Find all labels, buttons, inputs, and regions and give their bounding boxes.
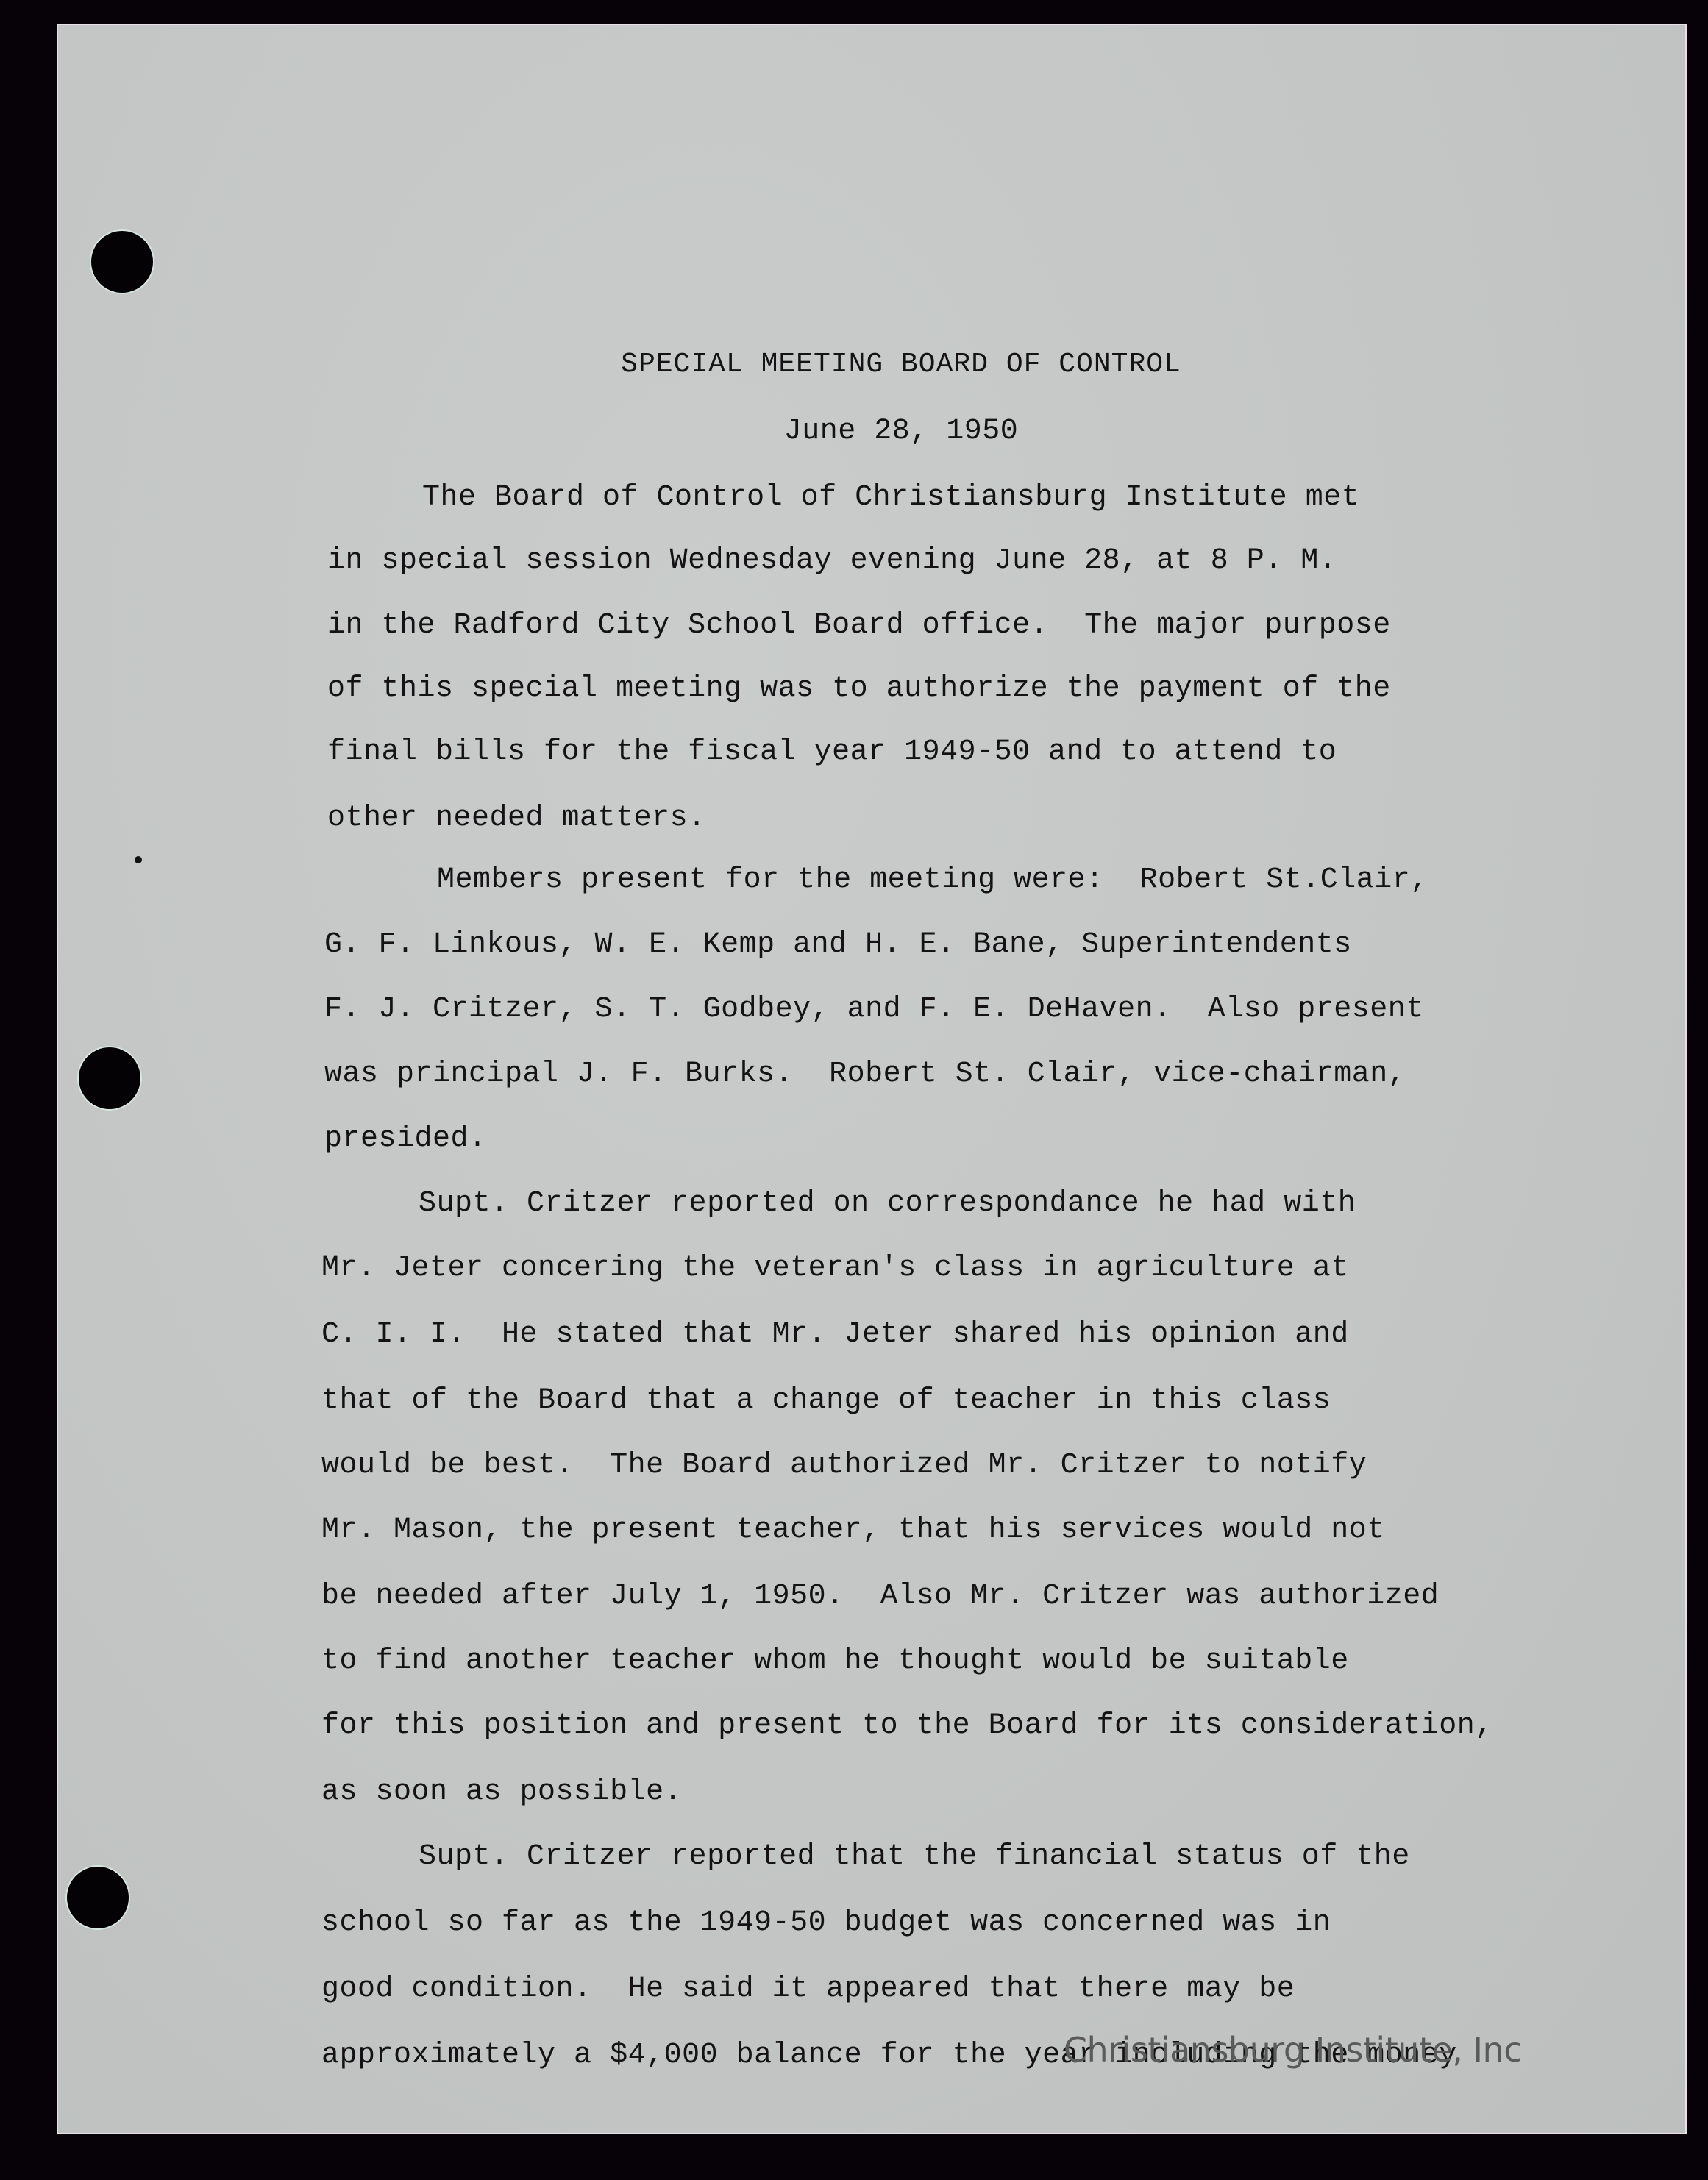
- paragraph-1-line: The Board of Control of Christiansburg I…: [422, 481, 1359, 514]
- paragraph-3-line: would be best. The Board authorized Mr. …: [321, 1449, 1367, 1482]
- paragraph-1-line: final bills for the fiscal year 1949-50 …: [327, 735, 1337, 769]
- paragraph-3-line: that of the Board that a change of teach…: [321, 1384, 1331, 1417]
- paragraph-2-line: was principal J. F. Burks. Robert St. Cl…: [324, 1058, 1406, 1091]
- paragraph-3-line: Mr. Jeter concering the veteran's class …: [321, 1252, 1349, 1285]
- paragraph-1-line: of this special meeting was to authorize…: [327, 672, 1391, 705]
- paragraph-3-line: Supt. Critzer reported on correspondance…: [419, 1187, 1356, 1220]
- paragraph-2-line: Members present for the meeting were: Ro…: [437, 863, 1428, 897]
- paragraph-2-line: F. J. Critzer, S. T. Godbey, and F. E. D…: [324, 993, 1424, 1026]
- typed-minutes: SPECIAL MEETING BOARD OF CONTROL June 28…: [58, 25, 1685, 2133]
- paragraph-4-line: good condition. He said it appeared that…: [321, 1973, 1295, 2006]
- document-date: June 28, 1950: [58, 415, 1685, 448]
- paragraph-3-line: C. I. I. He stated that Mr. Jeter shared…: [321, 1318, 1349, 1351]
- paragraph-3-line: to find another teacher whom he thought …: [321, 1645, 1349, 1678]
- paragraph-1-line: in the Radford City School Board office.…: [327, 609, 1391, 642]
- paragraph-4-line: Supt. Critzer reported that the financia…: [419, 1840, 1410, 1873]
- document-page: SPECIAL MEETING BOARD OF CONTROL June 28…: [57, 24, 1687, 2134]
- paragraph-2-line: presided.: [324, 1122, 487, 1155]
- paragraph-1-line: in special session Wednesday evening Jun…: [327, 544, 1337, 577]
- paragraph-3-line: as soon as possible.: [321, 1775, 682, 1809]
- paragraph-3-line: be needed after July 1, 1950. Also Mr. C…: [321, 1580, 1439, 1613]
- paragraph-4-line: school so far as the 1949-50 budget was …: [321, 1906, 1331, 1939]
- paragraph-2-line: G. F. Linkous, W. E. Kemp and H. E. Bane…: [324, 928, 1352, 961]
- paragraph-3-line: Mr. Mason, the present teacher, that his…: [321, 1514, 1385, 1547]
- document-title: SPECIAL MEETING BOARD OF CONTROL: [58, 349, 1685, 380]
- paragraph-1-line: other needed matters.: [327, 802, 706, 835]
- paragraph-3-line: for this position and present to the Boa…: [321, 1709, 1493, 1742]
- watermark-text: Christiansburg Institute, Inc: [1064, 2030, 1522, 2070]
